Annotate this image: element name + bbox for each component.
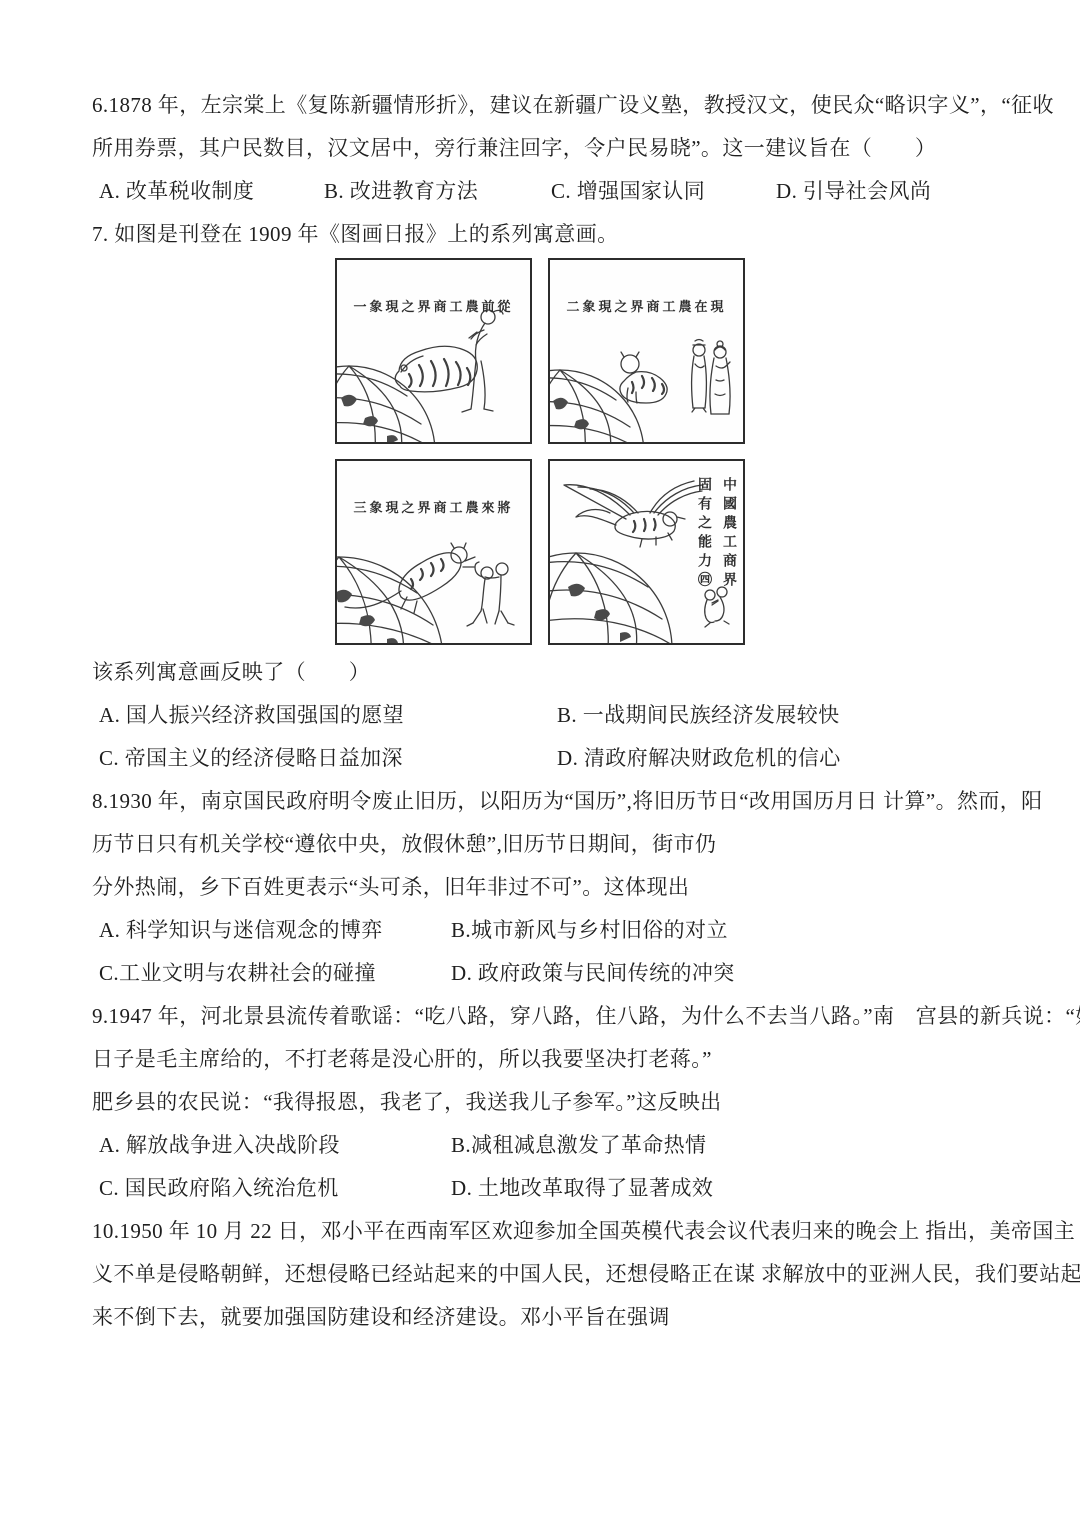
option-a: A. 国人振兴经济救国强国的愿望 [99,694,557,737]
option-c: C. 帝国主义的经济侵略日益加深 [99,737,557,780]
cartoon-panel-3: 三象現之界商工農來將 [335,459,532,645]
cartoon-panel-3-caption: 三象現之界商工農來將 [337,497,530,516]
cartoon-panel-2-caption: 二象現之界商工農在現 [550,296,743,315]
option-b: B. 一战期间民族经济发展较快 [557,694,990,737]
question-7-intro: 7. 如图是刊登在 1909 年《图画日报》上的系列寓意画。 [92,213,990,256]
option-c: C.工业文明与农耕社会的碰撞 [99,952,451,995]
startled-people-icon [467,562,514,626]
option-d: D. 土地改革取得了显著成效 [451,1167,990,1210]
option-d: D. 政府政策与民间传统的冲突 [451,952,990,995]
cartoon-series: 一象現之界商工農前從 [335,258,990,645]
question-7-options-row-1: A. 国人振兴经济救国强国的愿望 B. 一战期间民族经济发展较快 [92,694,990,737]
question-9: 9.1947 年，河北景县流传着歌谣：“吃八路，穿八路，住八路，为什么不去当八路… [92,995,990,1210]
option-a: A. 科学知识与迷信观念的博弈 [99,909,451,952]
option-d: D. 引导社会风尚 [776,170,990,213]
question-9-line-1: 9.1947 年，河北景县流传着歌谣：“吃八路，穿八路，住八路，为什么不去当八路… [92,995,990,1038]
option-b: B.减租减息激发了革命热情 [451,1124,990,1167]
question-7-stem: 该系列寓意画反映了（ ） [92,651,990,694]
cartoon-panel-4-caption-left: 固有之能力㊃ [693,477,713,615]
standing-woman-icon [710,341,730,414]
question-9-line-3: 肥乡县的农民说：“我得报恩，我老了，我送我儿子参军。”这反映出 [92,1081,990,1124]
cartoon-panel-2-drawing [550,260,743,442]
exam-page: 6.1878 年，左宗棠上《复陈新疆情形折》，建议在新疆广设义塾，教授汉文，使民… [0,0,1080,1527]
question-9-line-2: 日子是毛主席给的，不打老蒋是没心肝的，所以我要坚决打老蒋。” [92,1038,990,1081]
tiger-stripes [632,376,664,394]
question-8-options-row-2: C.工业文明与农耕社会的碰撞 D. 政府政策与民间传统的冲突 [92,952,990,995]
cartoon-panel-3-drawing [337,461,530,643]
question-8-options-row-1: A. 科学知识与迷信观念的博弈 B.城市新风与乡村旧俗的对立 [92,909,990,952]
question-6-line-1: 6.1878 年，左宗棠上《复陈新疆情形折》，建议在新疆广设义塾，教授汉文，使民… [92,84,990,127]
tiger-stripes [633,519,656,532]
question-8-line-1: 8.1930 年，南京国民政府明令废止旧历，以阳历为“国历”,将旧历节日“改用国… [92,780,990,823]
option-b: B. 改进教育方法 [324,170,551,213]
cartoon-panel-1-caption: 一象現之界商工農前從 [337,296,530,315]
cartoon-panel-1: 一象現之界商工農前從 [335,258,532,444]
question-10-line-2: 义不单是侵略朝鲜，还想侵略已经站起来的中国人民，还想侵略正在谋 求解放中的亚洲人… [92,1253,990,1296]
option-d: D. 清政府解决财政危机的信心 [557,737,990,780]
question-6: 6.1878 年，左宗棠上《复陈新疆情形折》，建议在新疆广设义塾，教授汉文，使民… [92,84,990,213]
cartoon-panel-1-drawing [337,260,530,442]
question-8: 8.1930 年，南京国民政府明令废止旧历，以阳历为“国历”,将旧历节日“改用国… [92,780,990,995]
option-a: A. 改革税收制度 [99,170,324,213]
option-b: B.城市新风与乡村旧俗的对立 [451,909,990,952]
option-c: C. 国民政府陷入统治危机 [99,1167,451,1210]
question-7: 7. 如图是刊登在 1909 年《图画日报》上的系列寓意画。 一象現之界商工農前… [92,213,990,780]
question-10-line-3: 来不倒下去，就要加强国防建设和经济建设。邓小平旨在强调 [92,1296,990,1339]
question-6-line-2: 所用券票，其户民数目，汉文居中，旁行兼注回字，令户民易晓”。这一建议旨在（ ） [92,127,990,170]
standing-man-icon [692,340,707,413]
sleeping-tiger-icon [395,346,477,392]
question-6-options: A. 改革税收制度 B. 改进教育方法 C. 增强国家认同 D. 引导社会风尚 [92,170,990,213]
cartoon-panel-4-caption: 中國農工商界 固有之能力㊃ [693,477,738,615]
tiger-stripes [411,559,444,589]
question-8-line-2: 历节日只有机关学校“遵依中央，放假休憩”,旧历节日期间，街市仍 [92,823,990,866]
question-10: 10.1950 年 10 月 22 日，邓小平在西南军区欢迎参加全国英模代表会议… [92,1210,990,1339]
question-7-options-row-2: C. 帝国主义的经济侵略日益加深 D. 清政府解决财政危机的信心 [92,737,990,780]
globe-icon [337,557,445,643]
globe-icon [550,553,672,643]
cartoon-panel-4: 中國農工商界 固有之能力㊃ [548,459,745,645]
cartoon-panel-2: 二象現之界商工農在現 [548,258,745,444]
winged-tiger-icon [564,481,702,547]
cartoon-panel-4-caption-right: 中國農工商界 [718,477,738,615]
globe-continents [553,398,589,430]
observer-man-icon [462,310,503,412]
question-9-options-row-2: C. 国民政府陷入统治危机 D. 土地改革取得了显著成效 [92,1167,990,1210]
question-10-line-1: 10.1950 年 10 月 22 日，邓小平在西南军区欢迎参加全国英模代表会议… [92,1210,990,1253]
tiger-stripes [409,359,470,387]
question-9-options-row-1: A. 解放战争进入决战阶段 B.减租减息激发了革命热情 [92,1124,990,1167]
option-c: C. 增强国家认同 [551,170,776,213]
question-8-line-3: 分外热闹，乡下百姓更表示“头可杀，旧年非过不可”。这体现出 [92,866,990,909]
option-a: A. 解放战争进入决战阶段 [99,1124,451,1167]
